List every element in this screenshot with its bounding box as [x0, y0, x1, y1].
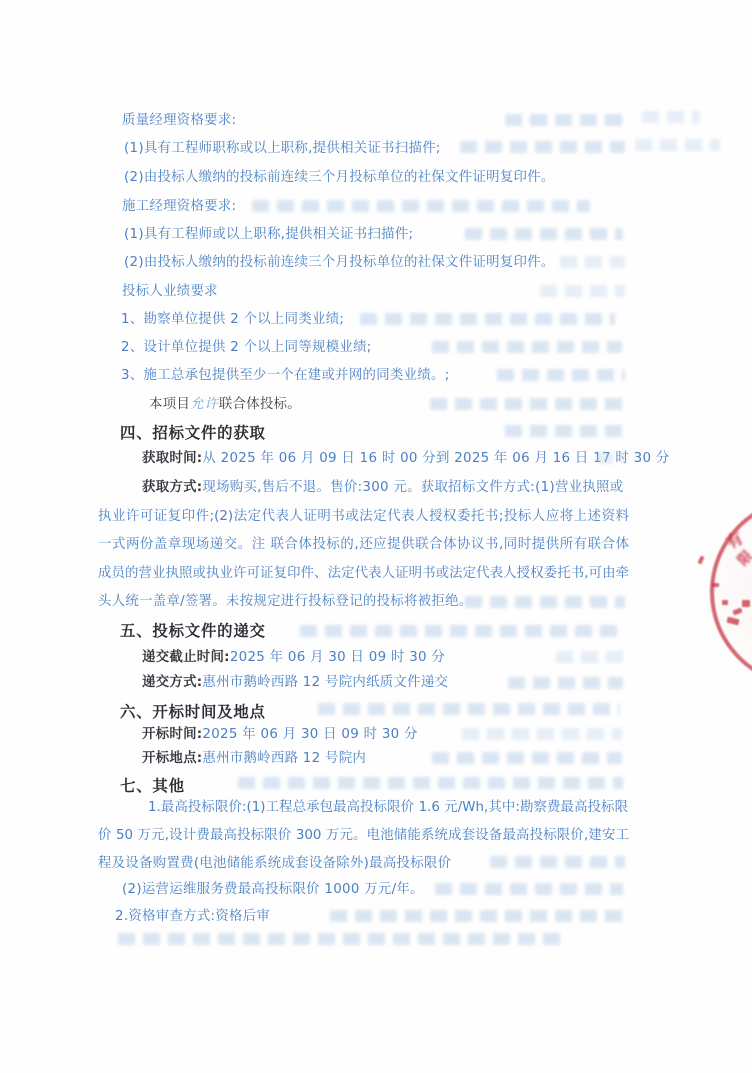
open-place-line: 开标地点:惠州市鹅岭西路 12 号院内 — [142, 750, 366, 767]
bleedthrough-line — [642, 111, 700, 123]
performance-item2: 2、设计单位提供 2 个以上同等规模业绩; — [121, 339, 372, 356]
obtain-method-line4: 成员的营业执照或执业许可证复印件、法定代表人证明书或法定代表人授权委托书,可由牵 — [98, 565, 629, 583]
bleedthrough-line — [432, 752, 622, 764]
bleedthrough-line — [432, 341, 622, 353]
section6-heading: 六、开标时间及地点 — [120, 700, 266, 722]
red-seal-mark — [742, 600, 750, 607]
submit-deadline-line: 递交截止时间:2025 年 06 月 30 日 09 时 30 分 — [142, 649, 445, 666]
consortium-emphasis: 允许 — [190, 397, 219, 412]
obtain-method-label: 获取方式: — [142, 480, 202, 495]
performance-title: 投标人业绩要求 — [122, 283, 218, 300]
obtain-method-line1: 获取方式:现场购买,售后不退。售价:300 元。获取招标文件方式:(1)营业执照… — [142, 479, 623, 496]
open-time-label: 开标时间: — [142, 727, 202, 742]
qm-req-item2: (2)由投标人缴纳的投标前连续三个月投标单位的社保文件证明复印件。 — [124, 169, 555, 186]
bleedthrough-line — [252, 200, 590, 212]
consortium-suffix: 联合体投标。 — [219, 397, 301, 412]
submit-method-value: 惠州市鹅岭西路 12 号院内纸质文件递交 — [202, 675, 448, 690]
other-line5: 2.资格审查方式:资格后审 — [115, 908, 270, 925]
red-seal-mark — [697, 556, 704, 565]
bleedthrough-line — [505, 114, 625, 126]
cm-req-item2: (2)由投标人缴纳的投标前连续三个月投标单位的社保文件证明复印件。 — [124, 254, 555, 271]
red-seal-mark — [722, 600, 728, 605]
bleedthrough-line — [430, 398, 625, 410]
bleedthrough-line — [318, 703, 620, 715]
performance-item1: 1、勘察单位提供 2 个以上同类业绩; — [121, 311, 344, 328]
other-line4: (2)运营运维服务费最高投标限价 1000 万元/年。 — [122, 881, 424, 898]
submit-deadline-label: 递交截止时间: — [142, 650, 230, 665]
cm-req-item1: (1)具有工程师或以上职称,提供相关证书扫描件; — [124, 226, 413, 243]
open-place-label: 开标地点: — [142, 751, 202, 766]
obtain-method-line2: 执业许可证复印件;(2)法定代表人证明书或法定代表人授权委托书;投标人应将上述资… — [98, 508, 629, 526]
bleedthrough-line — [508, 677, 623, 689]
submit-deadline-value: 2025 年 06 月 30 日 09 时 30 分 — [230, 650, 445, 665]
bleedthrough-line — [330, 910, 623, 922]
submit-method-line: 递交方式:惠州市鹅岭西路 12 号院内纸质文件递交 — [142, 674, 448, 691]
bleedthrough-line — [497, 369, 625, 381]
open-time-value: 2025 年 06 月 30 日 09 时 30 分 — [202, 727, 417, 742]
bleedthrough-line — [360, 313, 615, 325]
bleedthrough-line — [635, 139, 720, 151]
open-place-value: 惠州市鹅岭西路 12 号院内 — [202, 751, 366, 766]
red-seal-mark — [712, 583, 719, 587]
consortium-prefix: 本项目 — [149, 397, 190, 412]
submit-method-label: 递交方式: — [142, 675, 202, 690]
obtain-time-label: 获取时间: — [142, 451, 202, 466]
qm-req-title: 质量经理资格要求: — [122, 112, 236, 129]
bleedthrough-line — [540, 285, 625, 297]
red-seal-stamp — [710, 497, 752, 687]
bleedthrough-line — [460, 141, 625, 153]
bleedthrough-line — [490, 856, 625, 868]
consortium-line: 本项目允许联合体投标。 — [149, 396, 301, 413]
bleedthrough-line — [238, 777, 623, 789]
scanned-document-page: 质量经理资格要求: (1)具有工程师职称或以上职称,提供相关证书扫描件; (2)… — [0, 0, 752, 1073]
obtain-method-value1: 现场购买,售后不退。售价:300 元。获取招标文件方式:(1)营业执照或 — [202, 480, 623, 495]
bleedthrough-line — [118, 933, 566, 945]
bleedthrough-line — [465, 228, 623, 240]
bleedthrough-line — [462, 728, 622, 740]
obtain-method-line5: 头人统一盖章/签署。未按规定进行投标登记的投标将被拒绝。 — [98, 593, 472, 610]
qm-req-item1: (1)具有工程师职称或以上职称,提供相关证书扫描件; — [124, 140, 441, 157]
obtain-time-line: 获取时间:从 2025 年 06 月 09 日 16 时 00 分到 2025 … — [142, 450, 670, 467]
bleedthrough-line — [465, 596, 625, 608]
section5-heading: 五、投标文件的递交 — [120, 619, 266, 641]
other-line2: 价 50 万元,设计费最高投标限价 300 万元。电池储能系统成套设备最高投标限… — [98, 827, 629, 845]
bleedthrough-line — [435, 883, 623, 895]
section7-heading: 七、其他 — [120, 774, 185, 796]
obtain-method-line3: 一式两份盖章现场递交。注 联合体投标的,还应提供联合体协议书,同时提供所有联合体 — [98, 536, 629, 554]
open-time-line: 开标时间:2025 年 06 月 30 日 09 时 30 分 — [142, 726, 418, 743]
bleedthrough-line — [505, 425, 623, 437]
bleedthrough-line — [556, 651, 624, 663]
performance-item3: 3、施工总承包提供至少一个在建或并网的同类业绩。; — [121, 367, 450, 384]
other-line3: 程及设备购置费(电池储能系统成套设备除外)最高投标限价 — [98, 855, 451, 872]
cm-req-title: 施工经理资格要求: — [122, 198, 236, 215]
bleedthrough-line — [300, 625, 622, 637]
bleedthrough-line — [596, 452, 626, 464]
other-line1: 1.最高投标限价:(1)工程总承包最高投标限价 1.6 元/Wh,其中:勘察费最… — [148, 799, 628, 817]
section4-heading: 四、招标文件的获取 — [120, 421, 266, 443]
bleedthrough-line — [560, 256, 625, 268]
